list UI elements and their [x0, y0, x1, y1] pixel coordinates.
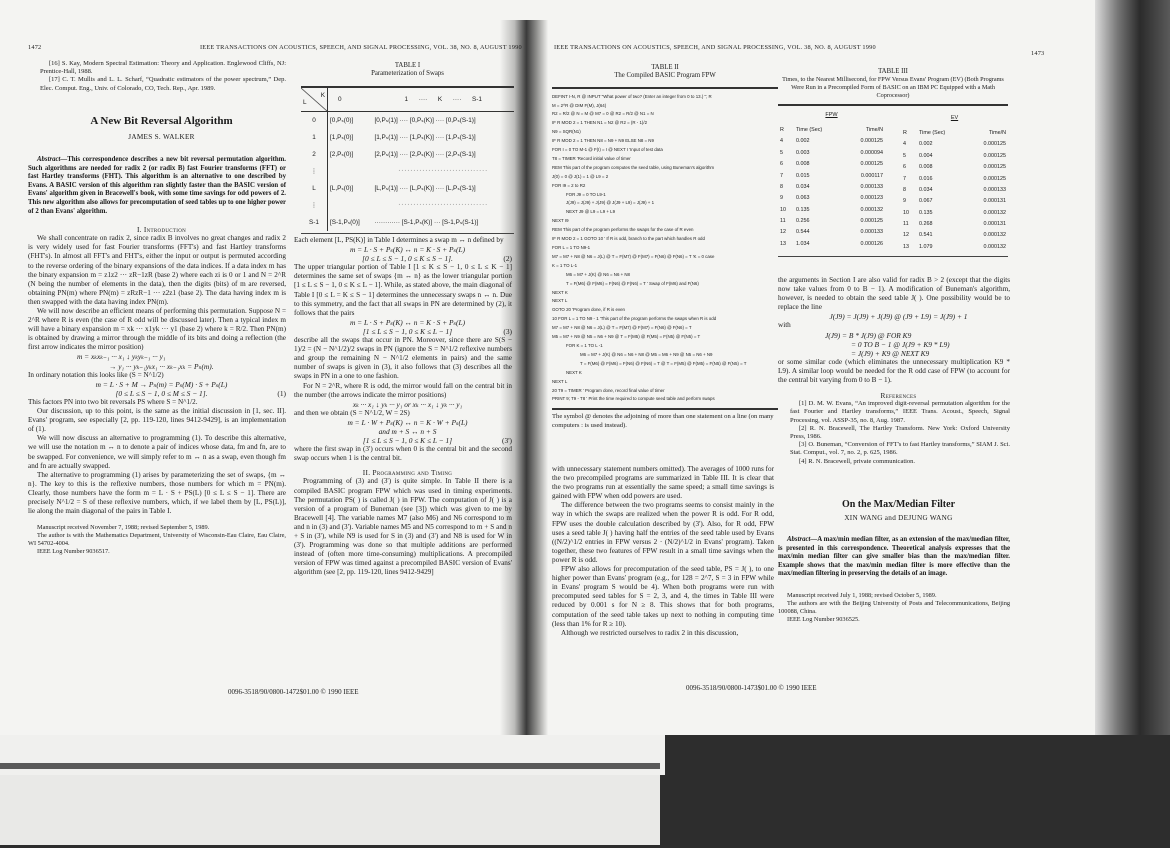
cell: 0.003 — [794, 147, 842, 158]
equation: m = xₖxₖ₋₁ ··· x₁ ↓ yₖyₖ₋₁ ··· y₁ — [28, 352, 286, 361]
table-row: 131.0790.000132 — [901, 241, 1008, 252]
cell: 0.000132 — [842, 204, 885, 215]
right-page: IEEE TRANSACTIONS ON ACOUSTICS, SPEECH, … — [548, 0, 1098, 735]
row-label: 0 — [301, 111, 328, 129]
cell: 0.063 — [794, 193, 842, 204]
cell: 7 — [778, 170, 794, 181]
references-list: [1] D. M. W. Evans, “An improved digit-r… — [778, 400, 1010, 466]
cell: [0,Pₛ(1)] ···· [0,Pₛ(K)] ···· [0,Pₛ(S-1)… — [372, 111, 514, 129]
equation: = 0 TO B − 1 @ J(J9 + K9 * L9) — [778, 340, 1010, 349]
footnote-line: The authors are with the Beijing Univers… — [778, 600, 1010, 616]
cell: 13 — [778, 238, 794, 249]
cell: 9 — [778, 193, 794, 204]
equation: [1 ≤ L ≤ S − 1, 0 ≤ K ≤ L − 1](3') — [294, 436, 512, 445]
cell: 12 — [901, 230, 917, 241]
footnote: Manuscript received November 7, 1988; re… — [28, 524, 286, 556]
abstract: Abstract—This correspondence describes a… — [28, 156, 286, 216]
cell: 0.000131 — [965, 196, 1008, 207]
column-header: Time/N — [842, 124, 885, 136]
code-line: NEXT L — [552, 297, 778, 306]
cell: 0.002 — [917, 139, 965, 150]
cell: 0.000131 — [965, 218, 1008, 229]
table-row: 120.5440.000133 — [778, 227, 885, 238]
code-line: 10 FOR L = 1 TO N9 - 1 'This part of the… — [552, 315, 778, 324]
copyright-line: 0096-3518/90/0800-1472$01.00 © 1990 IEEE — [228, 688, 359, 696]
fpw-times: FPW RTime (Sec)Time/N40.0020.00012550.00… — [778, 112, 885, 253]
left-column-2: Each element [L, PS(K)] in Table I deter… — [294, 236, 512, 577]
cell: 0.000132 — [965, 241, 1008, 252]
code-line: T = F(M6) @ F(M6) = F(N6) @ F(N6) = T @ … — [552, 360, 778, 369]
equation: → y₁ ··· yₖ₋₁yₖx₁ ··· xₖ₋₁xₖ = Pₙ(m). — [28, 362, 286, 371]
article-title: On the Max/Median Filter — [778, 500, 1010, 509]
table-row: 50.0030.000094 — [778, 147, 885, 158]
paragraph: where the first swap in (3') occurs when… — [294, 445, 512, 463]
paragraph: or some similar code (which eliminates t… — [778, 358, 1010, 385]
page-number: 1472 — [28, 44, 41, 51]
cell: 13 — [901, 241, 917, 252]
cell: 0.000125 — [965, 150, 1008, 161]
cell: ············ [S-1,Pₛ(K)] ··· [S-1,Pₛ(S-1… — [372, 214, 514, 231]
cell: [L,Pₛ(1)] ···· [L,Pₛ(K)] ···· [L,Pₛ(S-1)… — [372, 180, 514, 197]
table-row: 50.0040.000125 — [901, 150, 1008, 161]
cell: 0.000117 — [842, 170, 885, 181]
cell: 11 — [778, 215, 794, 226]
cell: 0.016 — [917, 173, 965, 184]
code-line: K = 1 TO L-1 — [552, 262, 778, 271]
table-row: 60.0080.000125 — [778, 158, 885, 169]
paragraph: We shall concentrate on radix 2, since r… — [28, 234, 286, 307]
reference-item: [3] O. Buneman, “Conversion of FFT's to … — [778, 441, 1010, 457]
paragraph: This factors PN into two bit reversals P… — [28, 398, 286, 407]
equation: = J(J9) + K9 @ NEXT K9 — [778, 349, 1010, 358]
paragraph: In ordinary notation this looks like (S … — [28, 371, 286, 380]
column-header: Time/N — [965, 127, 1008, 139]
basic-program-listing: DEFINT I-N, R @ INPUT "What power of two… — [552, 93, 778, 405]
code-line: IF R MOD 2 = 1 GOTO 10 ' If R is odd, br… — [552, 235, 778, 244]
cell: [2,Pₛ(0)] — [328, 146, 373, 163]
code-line: M = 2^R @ DIM F(M), J(64) — [552, 102, 778, 111]
table-3: TABLE III Times, to the Nearest Millisec… — [778, 68, 1008, 257]
table-row: 70.0150.000117 — [778, 170, 885, 181]
cell: 0.000126 — [842, 238, 885, 249]
row-label: L — [301, 180, 328, 197]
row-label: S-1 — [301, 214, 328, 231]
running-head: IEEE TRANSACTIONS ON ACOUSTICS, SPEECH, … — [554, 44, 876, 51]
code-line: J(J9) = J(J9) + J(J9) @ J(J9 + L9) = J(J… — [552, 199, 778, 208]
cell: 9 — [901, 196, 917, 207]
paragraph: and then we obtain (S = N^1/2, W = 2S) — [294, 409, 512, 418]
cell: 0.000132 — [965, 230, 1008, 241]
code-line: DEFINT I-N, R @ INPUT "What power of two… — [552, 93, 778, 102]
cell: 0.000125 — [965, 173, 1008, 184]
paragraph: Programming of (3) and (3') is quite sim… — [294, 477, 512, 577]
table-caption-number: TABLE III — [778, 68, 1008, 76]
page-edge-shadow — [1095, 0, 1170, 848]
footnote: Manuscript received July 1, 1988; revise… — [778, 592, 1010, 624]
table-row: 100.1350.000132 — [901, 207, 1008, 218]
abstract: Abstract—A max/min median filter, as an … — [778, 536, 1010, 579]
cell: 0.004 — [917, 150, 965, 161]
paragraph: We will now describe an efficient means … — [28, 307, 286, 352]
copyright-line: 0096-3518/90/0800-1473$01.00 © 1990 IEEE — [686, 684, 817, 692]
row-label: 2 — [301, 146, 328, 163]
equation: J(J9) = J(J9) + J(J9) @ (J9 + L9) = J(J9… — [778, 312, 1010, 321]
equation: [0 ≤ L ≤ S − 1, 0 ≤ M ≤ S − 1].(1) — [28, 389, 286, 398]
cell: 0.000125 — [965, 161, 1008, 172]
cell: 4 — [901, 139, 917, 150]
cell: 5 — [778, 147, 794, 158]
table-row: 131.0340.000126 — [778, 238, 885, 249]
code-line: T = F(M6) @ F(M6) = F(N6) @ F(N6) = T ' … — [552, 280, 778, 289]
equation: m = L · S + Pₛ(K) ↔ n = K · S + Pₛ(L) — [294, 245, 512, 254]
cell: 6 — [901, 161, 917, 172]
cell: 4 — [778, 136, 794, 147]
section-heading: I. Introduction — [28, 225, 286, 234]
cell: [1,Pₛ(1)] ···· [1,Pₛ(K)] ···· [1,Pₛ(S-1)… — [372, 129, 514, 146]
cell: 0.000133 — [965, 184, 1008, 195]
column-header: R — [778, 124, 794, 136]
right-column-2: the arguments in Section I are also vali… — [778, 276, 1010, 624]
cell: 10 — [778, 204, 794, 215]
page-number: 1473 — [1031, 50, 1044, 57]
cell: 12 — [778, 227, 794, 238]
cell: 10 — [901, 207, 917, 218]
table-corner-cell: KL — [301, 88, 328, 112]
paragraph: The difference between the two programs … — [552, 501, 774, 565]
equation: m = L · S + Pₛ(K) ↔ n = K · S + Pₛ(L) — [294, 318, 512, 327]
code-line: FOR K = 1 TO L -1 — [552, 342, 778, 351]
cell: 0.000133 — [842, 181, 885, 192]
code-line: FOR I = 0 TO M-1 @ F(I) = I @ NEXT I 'In… — [552, 146, 778, 155]
row-label: 1 — [301, 129, 328, 146]
cell: [0,Pₛ(0)] — [328, 111, 373, 129]
cell: 11 — [901, 218, 917, 229]
cell: [2,Pₛ(1)] ···· [2,Pₛ(K)] ···· [2,Pₛ(S-1)… — [372, 146, 514, 163]
corner-l: L — [303, 99, 325, 106]
right-column-1: with unnecessary statement numbers omitt… — [552, 465, 774, 638]
code-line: M7 = M7 + N8 @ N6 = J(L) @ T = F(M7) @ F… — [552, 253, 778, 262]
cell: 0.268 — [917, 218, 965, 229]
article-authors: XIN WANG and DEJUNG WANG — [778, 514, 1010, 523]
cell: 0.002 — [794, 136, 842, 147]
running-head: IEEE TRANSACTIONS ON ACOUSTICS, SPEECH, … — [200, 44, 522, 51]
equation: m = L · S + M → Pₙ(m) = Pₛ(M) · S + Pₛ(L… — [28, 380, 286, 389]
paragraph: For N = 2^R, where R is odd, the mirror … — [294, 382, 512, 400]
footnote-line: IEEE Log Number 9036517. — [28, 548, 286, 556]
column-header: Time (Sec) — [794, 124, 842, 136]
prior-references: [16] S. Kay, Modern Spectral Estimation:… — [28, 60, 286, 93]
cell: 0.008 — [917, 161, 965, 172]
table-row: 60.0080.000125 — [901, 161, 1008, 172]
cell: 0.000123 — [842, 193, 885, 204]
code-line: 20 T9 = TIMER ' Program done, record fin… — [552, 387, 778, 396]
table-row: 80.0340.000133 — [778, 181, 885, 192]
code-line: IF R MOD 2 = 1 THEN N8 = N9 + N9 ELSE N8… — [552, 137, 778, 146]
code-line: T8 = TIMER 'Record initial value of time… — [552, 155, 778, 164]
left-page: 1472 IEEE TRANSACTIONS ON ACOUSTICS, SPE… — [18, 0, 526, 735]
equation: [1 ≤ L ≤ S − 1, 0 ≤ K ≤ L − 1](3) — [294, 327, 512, 336]
cell: 0.000132 — [965, 207, 1008, 218]
cell: 0.034 — [917, 184, 965, 195]
dotted-row: ······························ — [372, 163, 514, 180]
cell: 0.135 — [794, 204, 842, 215]
table-caption-number: TABLE II — [552, 64, 778, 72]
code-line: REM This part of the program performs th… — [552, 226, 778, 235]
cell: 0.000125 — [842, 215, 885, 226]
section-heading: II. Programming and Timing — [294, 468, 512, 477]
reference-item: [1] D. M. W. Evans, “An improved digit-r… — [778, 400, 1010, 425]
equation: [0 ≤ L ≤ S − 1, 0 ≤ K ≤ S − 1].(2) — [294, 254, 512, 263]
paragraph: The upper triangular portion of Table I … — [294, 263, 512, 318]
cell: 0.015 — [794, 170, 842, 181]
table-row: 110.2680.000131 — [901, 218, 1008, 229]
cell: 5 — [901, 150, 917, 161]
table-row: 0[0,Pₛ(0)][0,Pₛ(1)] ···· [0,Pₛ(K)] ···· … — [301, 111, 514, 129]
table-row: 120.5410.000132 — [901, 230, 1008, 241]
table-caption-title: Times, to the Nearest Millisecond, for F… — [778, 76, 1008, 99]
cell: 8 — [901, 184, 917, 195]
cell: 7 — [901, 173, 917, 184]
cell: 0.544 — [794, 227, 842, 238]
cell: 0.000133 — [842, 227, 885, 238]
cell: 0.000094 — [842, 147, 885, 158]
table-caption-title: Parameterization of Swaps — [301, 70, 514, 78]
column-header: R — [901, 127, 917, 139]
cell: 0.034 — [794, 181, 842, 192]
table-row: S-1[S-1,Pₛ(0)]············ [S-1,Pₛ(K)] ·… — [301, 214, 514, 231]
table-row: 110.2560.000125 — [778, 215, 885, 226]
cell: 6 — [778, 158, 794, 169]
code-line: NEXT I9 — [552, 217, 778, 226]
spacer — [328, 197, 373, 214]
code-line: NEXT J9 @ L9 = L9 + L9 — [552, 208, 778, 217]
cell: [L,Pₛ(0)] — [328, 180, 373, 197]
paragraph: Each element [L, PS(K)] in Table I deter… — [294, 236, 512, 245]
code-line: FOR L = 1 TO N9-1 — [552, 244, 778, 253]
footnote-line: The author is with the Mathematics Depar… — [28, 532, 286, 548]
code-line: N9 = SQR(N1) — [552, 128, 778, 137]
reference-item: [16] S. Kay, Modern Spectral Estimation:… — [28, 60, 286, 76]
row-vdots: ⋮ — [301, 197, 328, 214]
equation: and m + S ↔ n + S — [294, 427, 512, 436]
table-1: TABLE I Parameterization of Swaps KL01 ·… — [301, 62, 514, 234]
cell: 0.067 — [917, 196, 965, 207]
spacer — [328, 163, 373, 180]
cell: [1,Pₛ(0)] — [328, 129, 373, 146]
code-line: R2 = R/2 @ N = M @ M7 = 0 @ R2 = R/2 @ N… — [552, 110, 778, 119]
table-row: 90.0670.000131 — [901, 196, 1008, 207]
column-headers: 1 ···· K ···· S-1 — [372, 88, 514, 112]
article-author: JAMES S. WALKER — [28, 133, 286, 142]
paragraph: We will now discuss an alternative to pr… — [28, 434, 286, 470]
cell: 8 — [778, 181, 794, 192]
table-row: 80.0340.000133 — [901, 184, 1008, 195]
corner-k: K — [303, 92, 325, 99]
code-line: NEXT K — [552, 289, 778, 298]
table-row: 2[2,Pₛ(0)][2,Pₛ(1)] ···· [2,Pₛ(K)] ···· … — [301, 146, 514, 163]
equation: xₖ ··· x₁ ↓ yₖ ··· y₁ or xₖ ··· x₁ ↓ yₖ … — [294, 400, 512, 409]
cell: 0.000125 — [965, 139, 1008, 150]
paragraph: Although we restricted ourselves to radi… — [552, 629, 774, 638]
row-vdots: ⋮ — [301, 163, 328, 180]
table-caption-title: The Compiled BASIC Program FPW — [552, 72, 778, 80]
cell: 0.135 — [917, 207, 965, 218]
reference-item: [2] R. N. Bracewell, The Hartley Transfo… — [778, 425, 1010, 441]
table-row: 70.0160.000125 — [901, 173, 1008, 184]
article-title: A New Bit Reversal Algorithm — [28, 117, 286, 126]
column-header: Time (Sec) — [917, 127, 965, 139]
code-line: M6 = M7 + J(K) @ N6 = N6 + N8 @ M5 = M6 … — [552, 351, 778, 360]
table-row: 40.0020.000125 — [901, 139, 1008, 150]
table-row: L[L,Pₛ(0)][L,Pₛ(1)] ···· [L,Pₛ(K)] ···· … — [301, 180, 514, 197]
cell: 0.000125 — [842, 158, 885, 169]
table-note: The symbol @ denotes the adjoining of mo… — [552, 413, 778, 430]
equation: m = L · W + Pₛ(K) ↔ n = K · W + Pₛ(L) — [294, 418, 512, 427]
column-header: 0 — [328, 88, 373, 112]
cell: [S-1,Pₛ(0)] — [328, 214, 373, 231]
swaps-table: KL01 ···· K ···· S-10[0,Pₛ(0)][0,Pₛ(1)] … — [301, 88, 514, 231]
code-line: REM This part of the program computes th… — [552, 164, 778, 173]
footnote-line: Manuscript received November 7, 1988; re… — [28, 524, 286, 532]
table-caption-number: TABLE I — [301, 62, 514, 70]
left-column-1: [16] S. Kay, Modern Spectral Estimation:… — [28, 60, 286, 556]
code-line: NEXT L — [552, 378, 778, 387]
references-heading: References — [778, 391, 1010, 400]
table-2: TABLE II The Compiled BASIC Program FPW … — [552, 64, 778, 430]
code-line: FOR I9 = 2 to R2 — [552, 182, 778, 191]
scan-bottom-shadow — [0, 735, 1170, 848]
paragraph: the arguments in Section I are also vali… — [778, 276, 1010, 312]
code-line: J(0) = 0 @ J(1) = 1 @ L9 = 2 — [552, 173, 778, 182]
code-line: IF R MOD 2 = 1 THEN N1 = N2 @ R2 = (R - … — [552, 119, 778, 128]
table-row: 1[1,Pₛ(0)][1,Pₛ(1)] ···· [1,Pₛ(K)] ···· … — [301, 129, 514, 146]
dotted-row: ······························ — [372, 197, 514, 214]
paragraph: with unnecessary statement numbers omitt… — [552, 465, 774, 501]
equation: J(J9) = B * J(J9) @ FOR K9 — [778, 331, 1010, 340]
code-line: GOTO 20 'Program done, if R is even — [552, 306, 778, 315]
code-line: PRINT 9; T9 - T8 ' Print the time requir… — [552, 395, 778, 404]
code-line: NEXT K — [552, 369, 778, 378]
cell: 0.541 — [917, 230, 965, 241]
code-line: M6 = M7 + J(K) @ N6 = N6 + N8 — [552, 271, 778, 280]
code-line: M5 = M7 + N9 @ N5 = N6 + N9 @ T = F(M5) … — [552, 333, 778, 342]
code-line: FOR J9 = 0 TO L9-1 — [552, 191, 778, 200]
paragraph: describe all the swaps that occur in PN.… — [294, 336, 512, 381]
footnote-line: IEEE Log Number 9036525. — [778, 616, 1010, 624]
footnote-line: Manuscript received July 1, 1988; revise… — [778, 592, 1010, 600]
cell: 1.034 — [794, 238, 842, 249]
table-row: 100.1350.000132 — [778, 204, 885, 215]
cell: 0.008 — [794, 158, 842, 169]
table-row: 90.0630.000123 — [778, 193, 885, 204]
paragraph: Our discussion, up to this point, is the… — [28, 407, 286, 434]
reference-item: [17] C. T. Mullis and L. L. Scharf, “Qua… — [28, 76, 286, 92]
cell: 1.079 — [917, 241, 965, 252]
reference-item: [4] R. N. Bracewell, private communicati… — [778, 458, 1010, 466]
cell: 0.000125 — [842, 136, 885, 147]
cell: 0.256 — [794, 215, 842, 226]
code-line: M7 = M7 + N8 @ N6 = J(L) @ T = F(M7) @ F… — [552, 324, 778, 333]
paragraph: The alternative to programming (1) arise… — [28, 471, 286, 516]
ev-times: EV RTime (Sec)Time/N40.0020.00012550.004… — [901, 112, 1008, 253]
paragraph: FPW also allows for precomputation of th… — [552, 565, 774, 629]
table-row: 40.0020.000125 — [778, 136, 885, 147]
